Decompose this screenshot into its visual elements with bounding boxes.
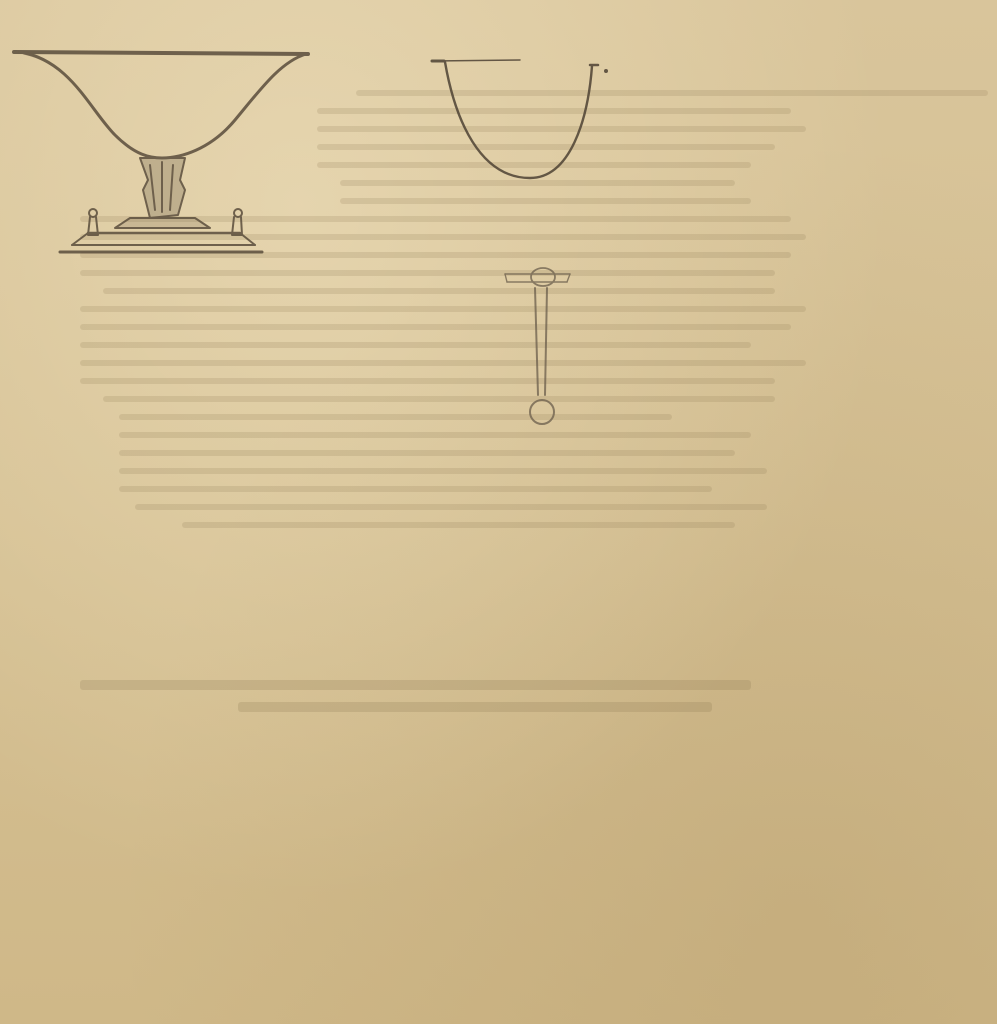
- footed-bowl-sketch: [10, 40, 320, 265]
- hammer-sketch: [495, 260, 585, 435]
- u-shaped-bowl-profile: [420, 50, 620, 190]
- bleed-through-heading: [40, 680, 830, 724]
